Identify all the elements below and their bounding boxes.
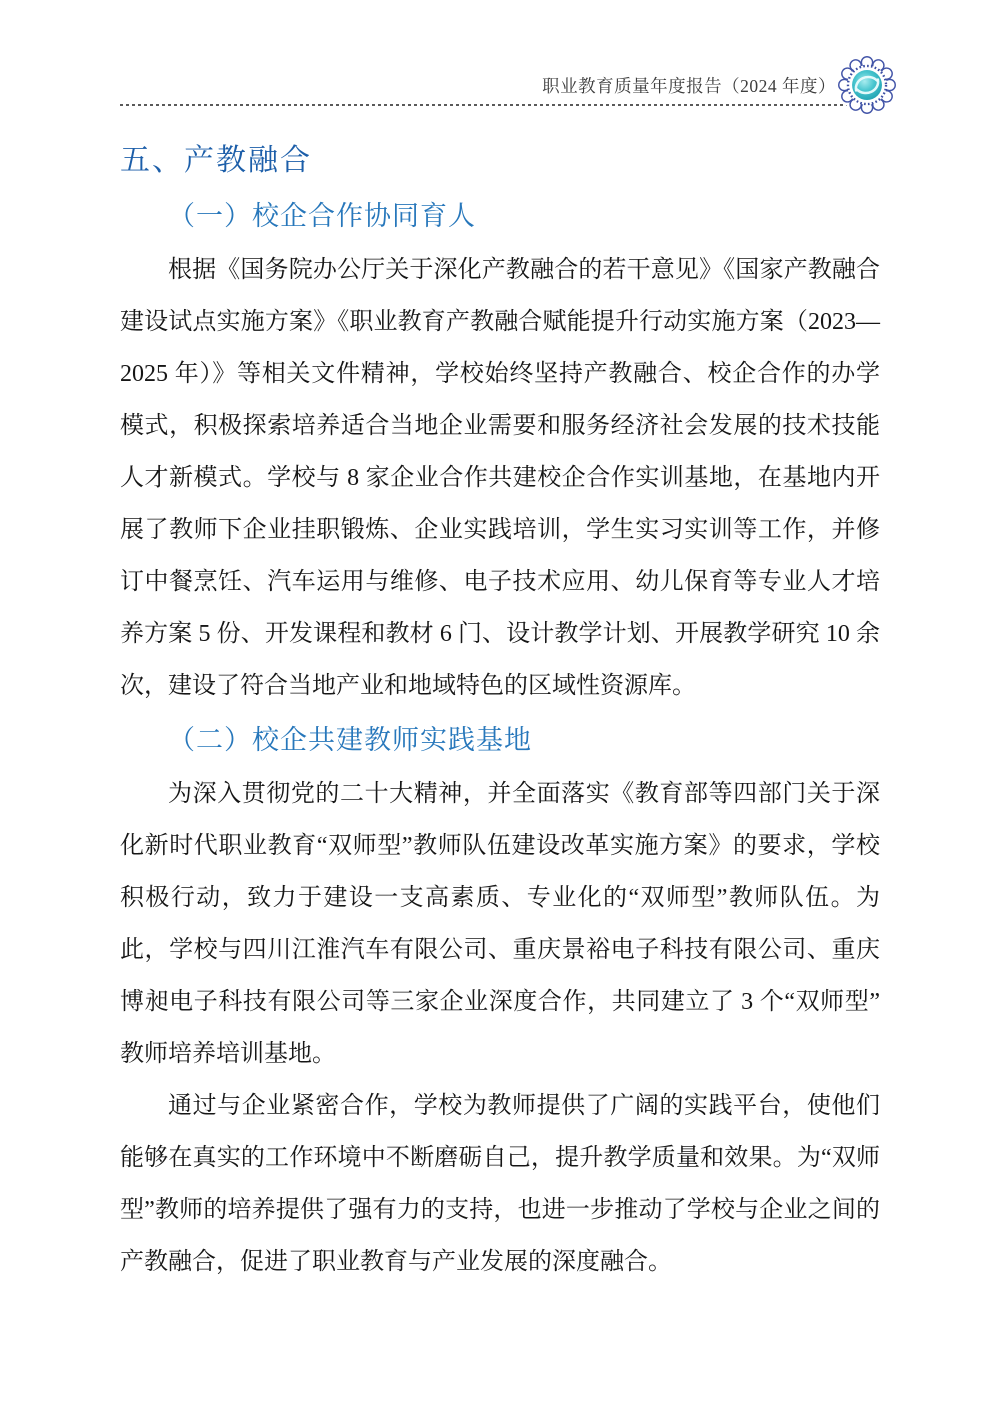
subsection-2-title: （二）校企共建教师实践基地	[120, 712, 880, 768]
header-title-group: 职业教育质量年度报告（2024 年度）	[542, 56, 896, 114]
paragraph-2: 为深入贯彻党的二十大精神，并全面落实《教育部等四部门关于深化新时代职业教育“双师…	[120, 768, 880, 1080]
paragraph-1: 根据《国务院办公厅关于深化产教融合的若干意见》《国家产教融合建设试点实施方案》《…	[120, 244, 880, 712]
school-emblem-logo-icon	[838, 56, 896, 114]
document-body: 五、产教融合 （一）校企合作协同育人 根据《国务院办公厅关于深化产教融合的若干意…	[120, 134, 880, 1288]
paragraph-3: 通过与企业紧密合作，学校为教师提供了广阔的实践平台，使他们能够在真实的工作环境中…	[120, 1080, 880, 1288]
subsection-1-title: （一）校企合作协同育人	[120, 188, 880, 244]
section-title: 五、产教融合	[120, 134, 880, 188]
page-header: 职业教育质量年度报告（2024 年度）	[120, 0, 880, 108]
header-running-title: 职业教育质量年度报告（2024 年度）	[542, 73, 836, 98]
document-page: 职业教育质量年度报告（2024 年度）	[0, 0, 1000, 1414]
